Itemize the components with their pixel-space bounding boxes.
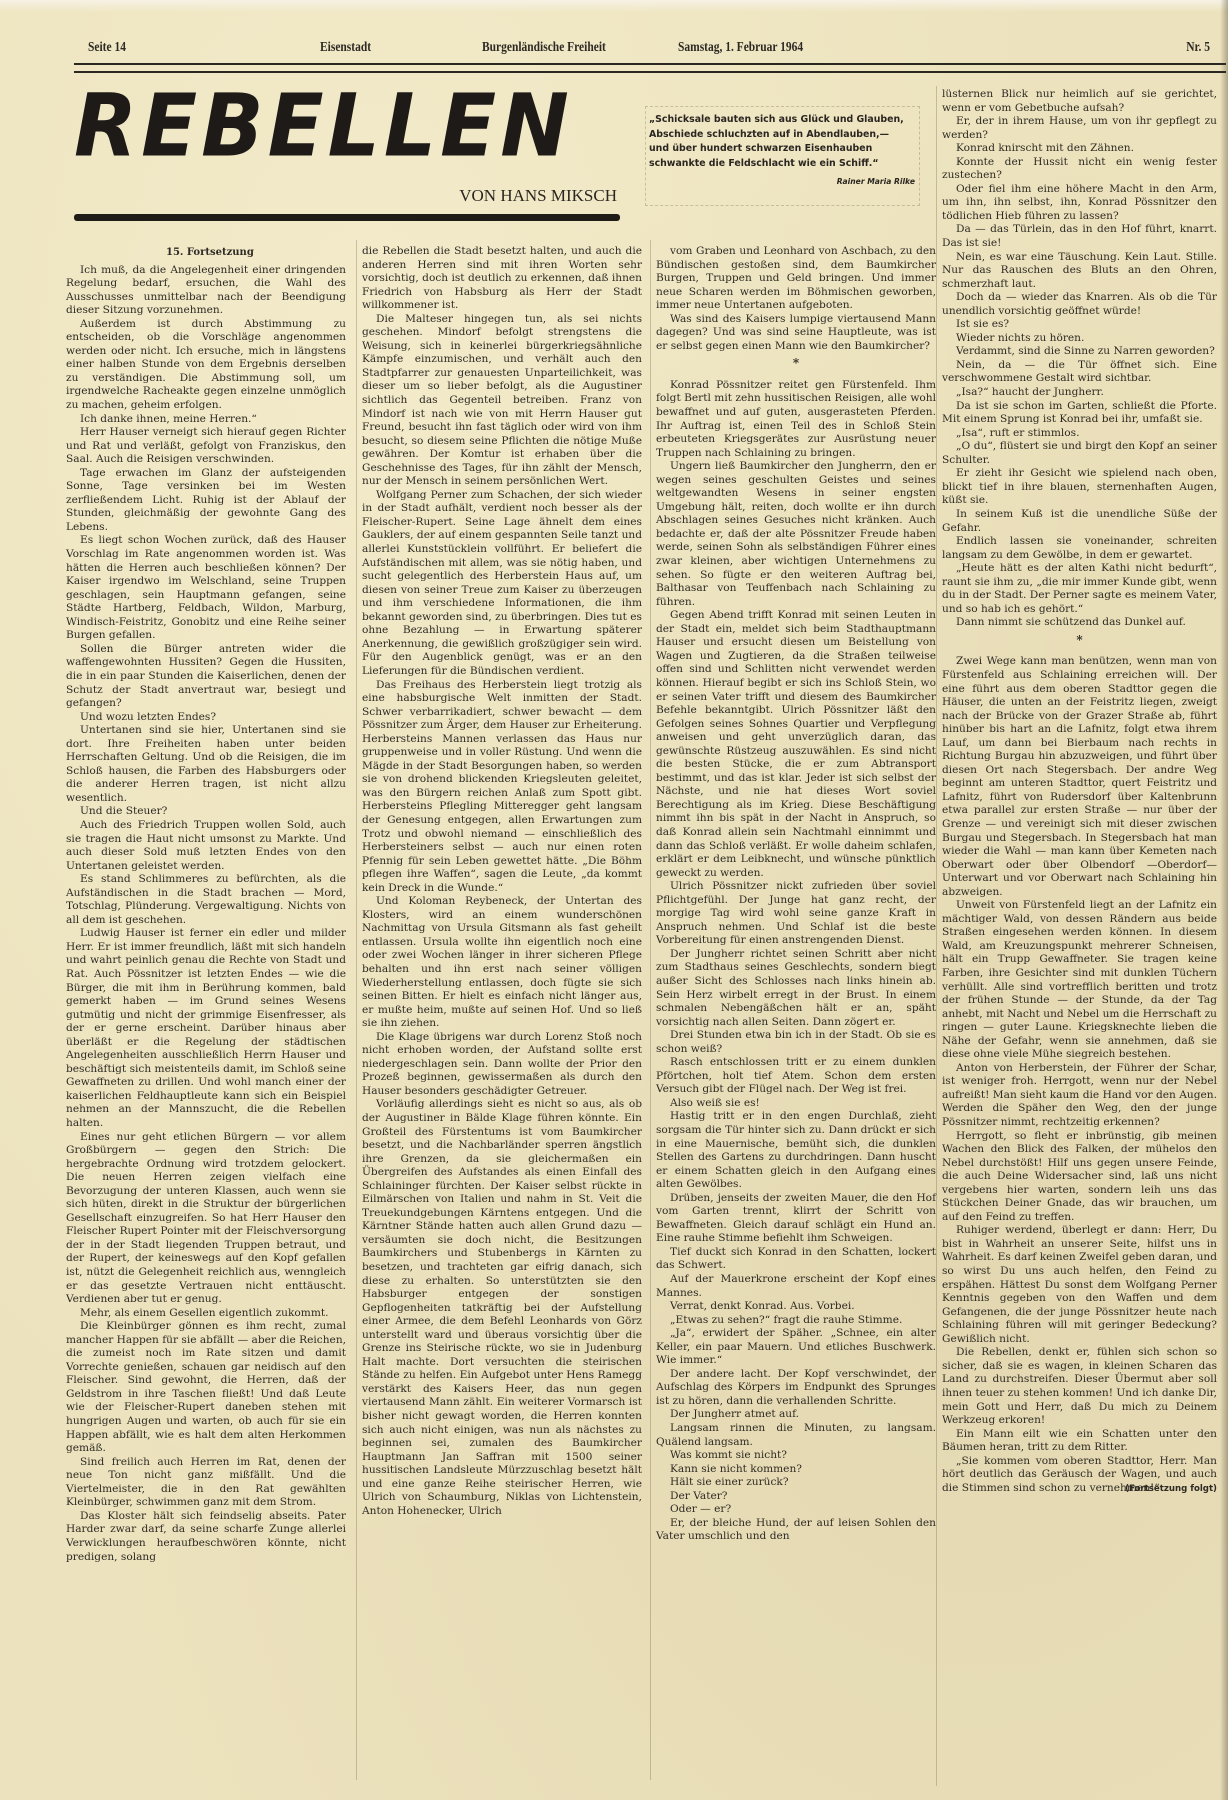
paragraph: Verrat, denkt Konrad. Aus. Vorbei. (656, 1300, 936, 1314)
paragraph: Ein Mann eilt wie ein Schatten unter den… (942, 1428, 1217, 1455)
paragraph: Es stand Schlimmeres zu befürchten, als … (66, 873, 346, 927)
paragraph: Wieder nichts zu hören. (942, 332, 1217, 346)
paragraph: „Heute hätt es der alten Kathi nicht bed… (942, 562, 1217, 616)
column-divider (936, 86, 937, 1786)
paragraph: Was sind des Kaisers lumpige viertausend… (656, 313, 936, 354)
section-break: * (942, 634, 1217, 648)
paragraph: Drüben, jenseits der zweiten Mauer, die … (656, 1192, 936, 1246)
paragraph: Die Klage übrigens war durch Lorenz Stoß… (362, 1031, 642, 1099)
section-break: * (656, 357, 936, 371)
paragraph: Und Koloman Reybeneck, der Untertan des … (362, 895, 642, 1030)
epigraph-line: „Schicksale bauten sich aus Glück und Gl… (649, 113, 919, 128)
installment-label: 15. Fortsetzung (166, 246, 346, 260)
paragraph: Vorläufig allerdings sieht es nicht so a… (362, 1098, 642, 1518)
paragraph: „Isa“, ruft er stimmlos. (942, 427, 1217, 441)
paragraph: Wolfgang Perner zum Schachen, der sich w… (362, 489, 642, 679)
paper-top-edge (0, 0, 1228, 12)
paragraph: Der Jungherr atmet auf. (656, 1408, 936, 1422)
paragraph: Auch des Friedrich Truppen wollen Sold, … (66, 819, 346, 873)
column-4-intro: lüsternen Blick nur heimlich auf sie ger… (942, 88, 1217, 630)
paragraph: Zwei Wege kann man benützen, wenn man vo… (942, 655, 1217, 899)
page-number: Seite 14 (88, 40, 126, 56)
paragraph: Herr Hauser verneigt sich hierauf gegen … (66, 426, 346, 467)
column-4: lüsternen Blick nur heimlich auf sie ger… (942, 88, 1217, 1497)
column-3: vom Graben und Leonhard von Aschbach, zu… (656, 245, 936, 1544)
paragraph: Er, der bleiche Hund, der auf leisen Soh… (656, 1517, 936, 1544)
newspaper-page: Seite 14 Eisenstadt Burgenländische Frei… (0, 0, 1228, 1800)
paragraph: Es liegt schon Wochen zurück, daß des Ha… (66, 534, 346, 642)
paper-edge (1220, 0, 1228, 1800)
epigraph: „Schicksale bauten sich aus Glück und Gl… (645, 106, 920, 206)
paragraph: Oder fiel ihm eine höhere Macht in den A… (942, 183, 1217, 224)
paragraph: Ulrich Pössnitzer nickt zufrieden über s… (656, 880, 936, 948)
paragraph: Eines nur geht etlichen Bürgern — vor al… (66, 1131, 346, 1307)
paragraph: „Isa?“ haucht der Jungherr. (942, 386, 1217, 400)
paragraph: In seinem Kuß ist die unendliche Süße de… (942, 508, 1217, 535)
epigraph-line: Abschiede schluchzten auf in Abendlauben… (649, 128, 919, 143)
paragraph: „Ja“, erwidert der Späher. „Schnee, ein … (656, 1327, 936, 1368)
paragraph: Der Vater? (656, 1490, 936, 1504)
paragraph: Ich muß, da die Angelegenheit einer drin… (66, 264, 346, 318)
paragraph: Nein, es war eine Täuschung. Kein Laut. … (942, 251, 1217, 292)
column-1-body: Ich muß, da die Angelegenheit einer drin… (66, 264, 346, 1565)
paragraph: Ist sie es? (942, 318, 1217, 332)
epigraph-author: Rainer Maria Rilke (649, 177, 919, 186)
paragraph: Unweit von Fürstenfeld liegt an der Lafn… (942, 899, 1217, 1062)
paragraph: „O du“, flüstert sie und birgt den Kopf … (942, 440, 1217, 467)
paragraph: Konrad Pössnitzer reitet gen Fürstenfeld… (656, 379, 936, 460)
column-divider (650, 240, 651, 1780)
issue-number: Nr. 5 (1186, 40, 1210, 56)
paragraph: Endlich lassen sie voneinander, schreite… (942, 535, 1217, 562)
column-divider (356, 240, 357, 1780)
masthead-rule (74, 63, 1226, 73)
paragraph: Und die Steuer? (66, 805, 346, 819)
paragraph: Der Jungherr richtet seinen Schritt aber… (656, 948, 936, 1029)
column-3-body: Konrad Pössnitzer reitet gen Fürstenfeld… (656, 379, 936, 1544)
paragraph: Ludwig Hauser ist ferner ein edler und m… (66, 927, 346, 1130)
paragraph: Untertanen sind sie hier, Untertanen sin… (66, 724, 346, 805)
paragraph: Herrgott, so fleht er inbrünstig, gib me… (942, 1130, 1217, 1225)
paragraph: Verdammt, sind die Sinne zu Narren gewor… (942, 345, 1217, 359)
newspaper-name: Burgenländische Freiheit (482, 40, 606, 56)
paragraph: „Etwas zu sehen?“ fragt die rauhe Stimme… (656, 1314, 936, 1328)
title-rule (74, 214, 620, 221)
paragraph: Ungern ließ Baumkircher den Jungherrn, d… (656, 460, 936, 609)
paragraph: Die Kleinbürger gönnen es ihm recht, zum… (66, 1320, 346, 1455)
column-3-intro: vom Graben und Leonhard von Aschbach, zu… (656, 245, 936, 353)
paragraph: Der andere lacht. Der Kopf verschwindet,… (656, 1368, 936, 1409)
paragraph: vom Graben und Leonhard von Aschbach, zu… (656, 245, 936, 313)
city: Eisenstadt (320, 40, 371, 56)
paragraph: Die Malteser hingegen tun, als sei nicht… (362, 313, 642, 489)
paragraph: Hält sie einer zurück? (656, 1476, 936, 1490)
issue-date: Samstag, 1. Februar 1964 (678, 40, 803, 56)
epigraph-line: schwankte die Feldschlacht wie ein Schif… (649, 157, 919, 172)
paragraph: Tief duckt sich Konrad in den Schatten, … (656, 1246, 936, 1273)
article-title: REBELLEN (74, 84, 594, 170)
paragraph: Das Freihaus des Herberstein liegt trotz… (362, 679, 642, 896)
paragraph: Ich danke ihnen, meine Herren.“ (66, 413, 346, 427)
paragraph: Was kommt sie nicht? (656, 1449, 936, 1463)
paragraph: Rasch entschlossen tritt er zu einem dun… (656, 1056, 936, 1097)
paragraph: Konrad knirscht mit den Zähnen. (942, 142, 1217, 156)
column-1: 15. Fortsetzung Ich muß, da die Angelege… (66, 246, 346, 1564)
paragraph: Das Kloster hält sich feindselig abseits… (66, 1510, 346, 1564)
column-2: die Rebellen die Stadt besetzt halten, u… (362, 245, 642, 1518)
paragraph: Sollen die Bürger antreten wider die waf… (66, 643, 346, 711)
paragraph: Auf der Mauerkrone erscheint der Kopf ei… (656, 1273, 936, 1300)
column-4-body: Zwei Wege kann man benützen, wenn man vo… (942, 655, 1217, 1495)
paragraph: Oder — er? (656, 1503, 936, 1517)
paragraph: Außerdem ist durch Abstimmung zu entsche… (66, 318, 346, 413)
paragraph: Ruhiger werdend, überlegt er dann: Herr,… (942, 1224, 1217, 1346)
masthead: Seite 14 Eisenstadt Burgenländische Frei… (88, 40, 1218, 58)
paragraph: Nein, da — die Tür öffnet sich. Eine ver… (942, 359, 1217, 386)
column-2-body: die Rebellen die Stadt besetzt halten, u… (362, 245, 642, 1518)
paragraph: Gegen Abend trifft Konrad mit seinen Leu… (656, 609, 936, 880)
byline: VON HANS MIKSCH (392, 186, 617, 206)
paragraph: Hastig tritt er in den engen Durchlaß, z… (656, 1110, 936, 1191)
paragraph: Die Rebellen, denkt er, fühlen sich scho… (942, 1346, 1217, 1427)
paragraph: Und wozu letzten Endes? (66, 711, 346, 725)
epigraph-line: und über hundert schwarzen Eisenhauben (649, 142, 919, 157)
paragraph: Anton von Herberstein, der Führer der Sc… (942, 1062, 1217, 1130)
paragraph: Dann nimmt sie schützend das Dunkel auf. (942, 616, 1217, 630)
paragraph: Langsam rinnen die Minuten, zu langsam. … (656, 1422, 936, 1449)
paragraph: die Rebellen die Stadt besetzt halten, u… (362, 245, 642, 313)
paragraph: Er, der in ihrem Hause, um von ihr gepfl… (942, 115, 1217, 142)
paragraph: Sind freilich auch Herren im Rat, denen … (66, 1456, 346, 1510)
paragraph: Er zieht ihr Gesicht wie spielend nach o… (942, 467, 1217, 508)
paragraph: Mehr, als einem Gesellen eigentlich zuko… (66, 1307, 346, 1321)
paragraph: Also weiß sie es! (656, 1097, 936, 1111)
paragraph: lüsternen Blick nur heimlich auf sie ger… (942, 88, 1217, 115)
paragraph: Da — das Türlein, das in den Hof führt, … (942, 223, 1217, 250)
paragraph: Drei Stunden etwa bin ich in der Stadt. … (656, 1029, 936, 1056)
paragraph: Kann sie nicht kommen? (656, 1463, 936, 1477)
paragraph: Doch da — wieder das Knarren. Als ob die… (942, 291, 1217, 318)
paragraph: Da ist sie schon im Garten, schließt die… (942, 400, 1217, 427)
paragraph: Tage erwachen im Glanz der aufsteigenden… (66, 467, 346, 535)
paragraph: Konnte der Hussit nicht ein wenig fester… (942, 156, 1217, 183)
